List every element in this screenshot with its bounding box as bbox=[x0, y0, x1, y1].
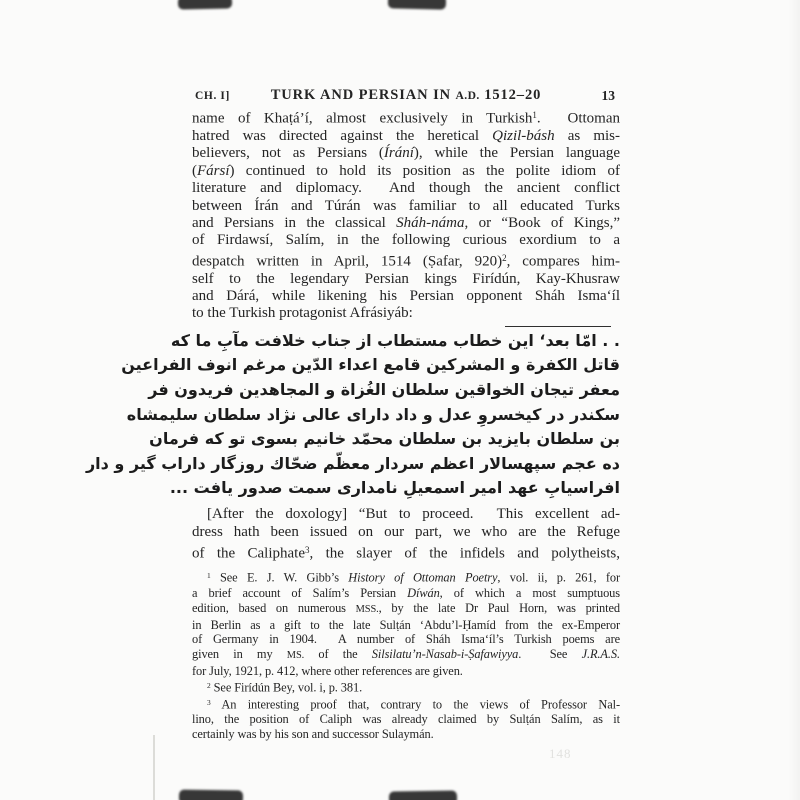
scan-smudge-bottom-right bbox=[389, 790, 457, 800]
text-line: 2 See Firídún Bey, vol. i, p. 381. bbox=[192, 679, 620, 696]
footnote-2: 2 See Firídún Bey, vol. i, p. 381. bbox=[192, 679, 620, 696]
footnote-3: 3 An interesting proof that, contrary to… bbox=[192, 696, 620, 742]
text-line: of the Caliphate3, the slayer of the inf… bbox=[192, 541, 620, 563]
page-edge-line bbox=[153, 735, 155, 800]
text-line: name of Khaṭá’í, almost exclusively in T… bbox=[192, 107, 620, 128]
text-line: between Írán and Túrán was familiar to a… bbox=[192, 198, 620, 215]
scan-smudge-bottom-left bbox=[179, 790, 243, 800]
ghost-page-number: 148 bbox=[549, 746, 572, 762]
quote-overline-rule bbox=[505, 326, 611, 327]
text-line: certainly was by his son and successor S… bbox=[192, 727, 620, 742]
text-line: lino, the position of Caliph was already… bbox=[192, 712, 620, 727]
text-line: to the Turkish protagonist Afrásiyáb: bbox=[192, 305, 620, 322]
text-line: in Berlin as a gift to the late Sulṭán ‘… bbox=[192, 618, 620, 633]
body-paragraph-2: [After the doxology] “But to proceed. Th… bbox=[192, 505, 620, 563]
page-column: CH. I] TURK AND PERSIAN IN A.D. 1512–20 … bbox=[192, 87, 620, 742]
text-line: معفر تیجان الخواقین سلطان الغُزاة و المج… bbox=[192, 378, 620, 403]
text-line: ده عجم سپهسالار اعظم سردار معظّم ضحّاك ر… bbox=[192, 452, 620, 477]
text-line: for July, 1921, p. 412, where other refe… bbox=[192, 664, 620, 679]
text-line: بن سلطان بایزید بن سلطان محمّد خانیم بسو… bbox=[192, 427, 620, 452]
text-line: افراسیابِ عهد امیر اسمعیلِ نامداری سمت ص… bbox=[192, 476, 620, 501]
text-line: and Persians in the classical Sháh-náma,… bbox=[192, 215, 620, 232]
page-header: CH. I] TURK AND PERSIAN IN A.D. 1512–20 … bbox=[192, 87, 620, 105]
text-line: hatred was directed against the heretica… bbox=[192, 128, 620, 145]
text-line: and Dárá, while likening his Persian opp… bbox=[192, 288, 620, 305]
text-line: edition, based on numerous MSS., by the … bbox=[192, 601, 620, 618]
text-line: self to the legendary Persian kings Firí… bbox=[192, 271, 620, 288]
text-line: literature and diplomacy. And though the… bbox=[192, 180, 620, 197]
text-line: 1 See E. J. W. Gibb’s History of Ottoman… bbox=[192, 569, 620, 586]
text-line: ‏. . امّا بعد‘ این خطاب مستطاب از جناب خ… bbox=[192, 329, 620, 354]
text-line: despatch written in April, 1514 (Ṣafar, … bbox=[192, 250, 620, 271]
body-paragraph-1: name of Khaṭá’í, almost exclusively in T… bbox=[192, 107, 620, 323]
scan-smudge-top-right bbox=[388, 0, 446, 10]
text-line: given in my MS. of the Silsilatu’n-Nasab… bbox=[192, 647, 620, 664]
footnote-1: 1 See E. J. W. Gibb’s History of Ottoman… bbox=[192, 569, 620, 679]
text-line: قاتل الكفرة و المشركین قامع اعداء الدّین… bbox=[192, 353, 620, 378]
text-line: a brief account of Salím’s Persian Díwán… bbox=[192, 586, 620, 601]
page-title: TURK AND PERSIAN IN A.D. 1512–20 bbox=[192, 87, 620, 104]
text-line: of Firdawsí, Salím, in the following cur… bbox=[192, 232, 620, 249]
text-line: believers, not as Persians (Írání), whil… bbox=[192, 145, 620, 162]
scan-right-shade bbox=[788, 0, 800, 800]
text-line: of Germany in 1904. A number of Sháh Ism… bbox=[192, 632, 620, 647]
text-line: (Fársí) continued to hold its position a… bbox=[192, 163, 620, 180]
text-line: سكندر در كیخسروِ عدل و داد دارای عالی نژ… bbox=[192, 403, 620, 428]
scanned-book-page: { "header": { "chapter_label": "CH. I]",… bbox=[0, 0, 800, 800]
scan-smudge-top-left bbox=[178, 0, 232, 10]
text-line: 3 An interesting proof that, contrary to… bbox=[192, 696, 620, 713]
persian-quotation-block: ‏. . امّا بعد‘ این خطاب مستطاب از جناب خ… bbox=[192, 329, 620, 501]
page-number: 13 bbox=[602, 88, 616, 104]
text-line: dress hath been issued on our part, we w… bbox=[192, 523, 620, 541]
text-line: [After the doxology] “But to proceed. Th… bbox=[192, 505, 620, 523]
footnotes-section: 1 See E. J. W. Gibb’s History of Ottoman… bbox=[192, 569, 620, 742]
